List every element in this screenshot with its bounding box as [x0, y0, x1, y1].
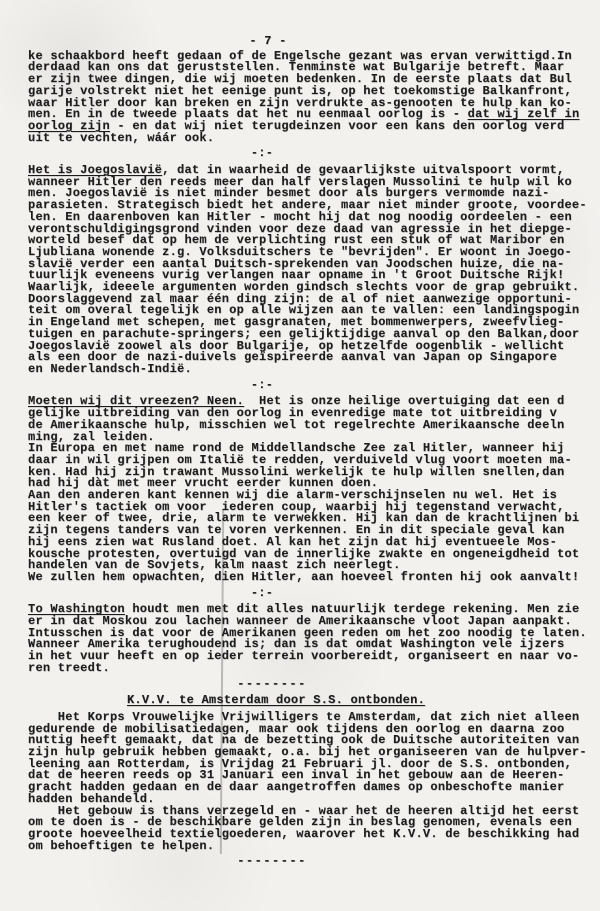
text-segment: om behoeftigen te helpen. — [28, 839, 214, 853]
paragraph: ke schaakbord heeft gedaan of de Engelsc… — [28, 51, 588, 145]
page-number: - 7 - — [28, 36, 588, 48]
text-line: om behoeftigen te helpen. — [28, 841, 588, 853]
text-line: en Nederlandsch-Indië. — [28, 364, 588, 376]
text-segment: en Nederlandsch-Indië. — [28, 362, 192, 376]
document-body: ke schaakbord heeft gedaan of de Engelsc… — [28, 51, 588, 868]
article-heading: K.V.V. te Amsterdam door S.S. ontbonden. — [28, 695, 588, 707]
text-line: We zullen hem opwachten, dien Hitler, aa… — [28, 572, 588, 584]
paragraph: To Washington houdt men met dit alles na… — [28, 604, 588, 674]
paragraph: Het Korps Vrouwelijke Vrijwilligers te A… — [28, 712, 588, 852]
text-line: uit te vechten, wáár ook. — [28, 133, 588, 145]
section-separator: -------- — [28, 679, 588, 691]
text-segment: uit te vechten, wáár ook. — [28, 131, 214, 145]
section-separator: -:- — [28, 148, 588, 160]
document-page: - 7 - ke schaakbord heeft gedaan of de E… — [28, 36, 588, 873]
text-segment: ren treedt. — [28, 661, 110, 675]
article-heading-text: K.V.V. te Amsterdam door S.S. ontbonden. — [127, 693, 425, 707]
text-line: ren treedt. — [28, 663, 588, 675]
text-segment: We zullen hem opwachten, dien Hitler, aa… — [28, 570, 579, 584]
text-line: in het vuur heeft en op ieder terrein vo… — [28, 651, 588, 663]
section-separator: -------- — [28, 856, 588, 868]
section-separator: -:- — [28, 588, 588, 600]
text-segment: in het vuur heeft en op ieder terrein vo… — [28, 649, 579, 663]
paragraph: Het is Joegoslavië, dat in waarheid de g… — [28, 165, 588, 376]
paragraph: Moeten wij dit vreezen? Neen. Het is onz… — [28, 396, 588, 583]
section-separator: -:- — [28, 380, 588, 392]
